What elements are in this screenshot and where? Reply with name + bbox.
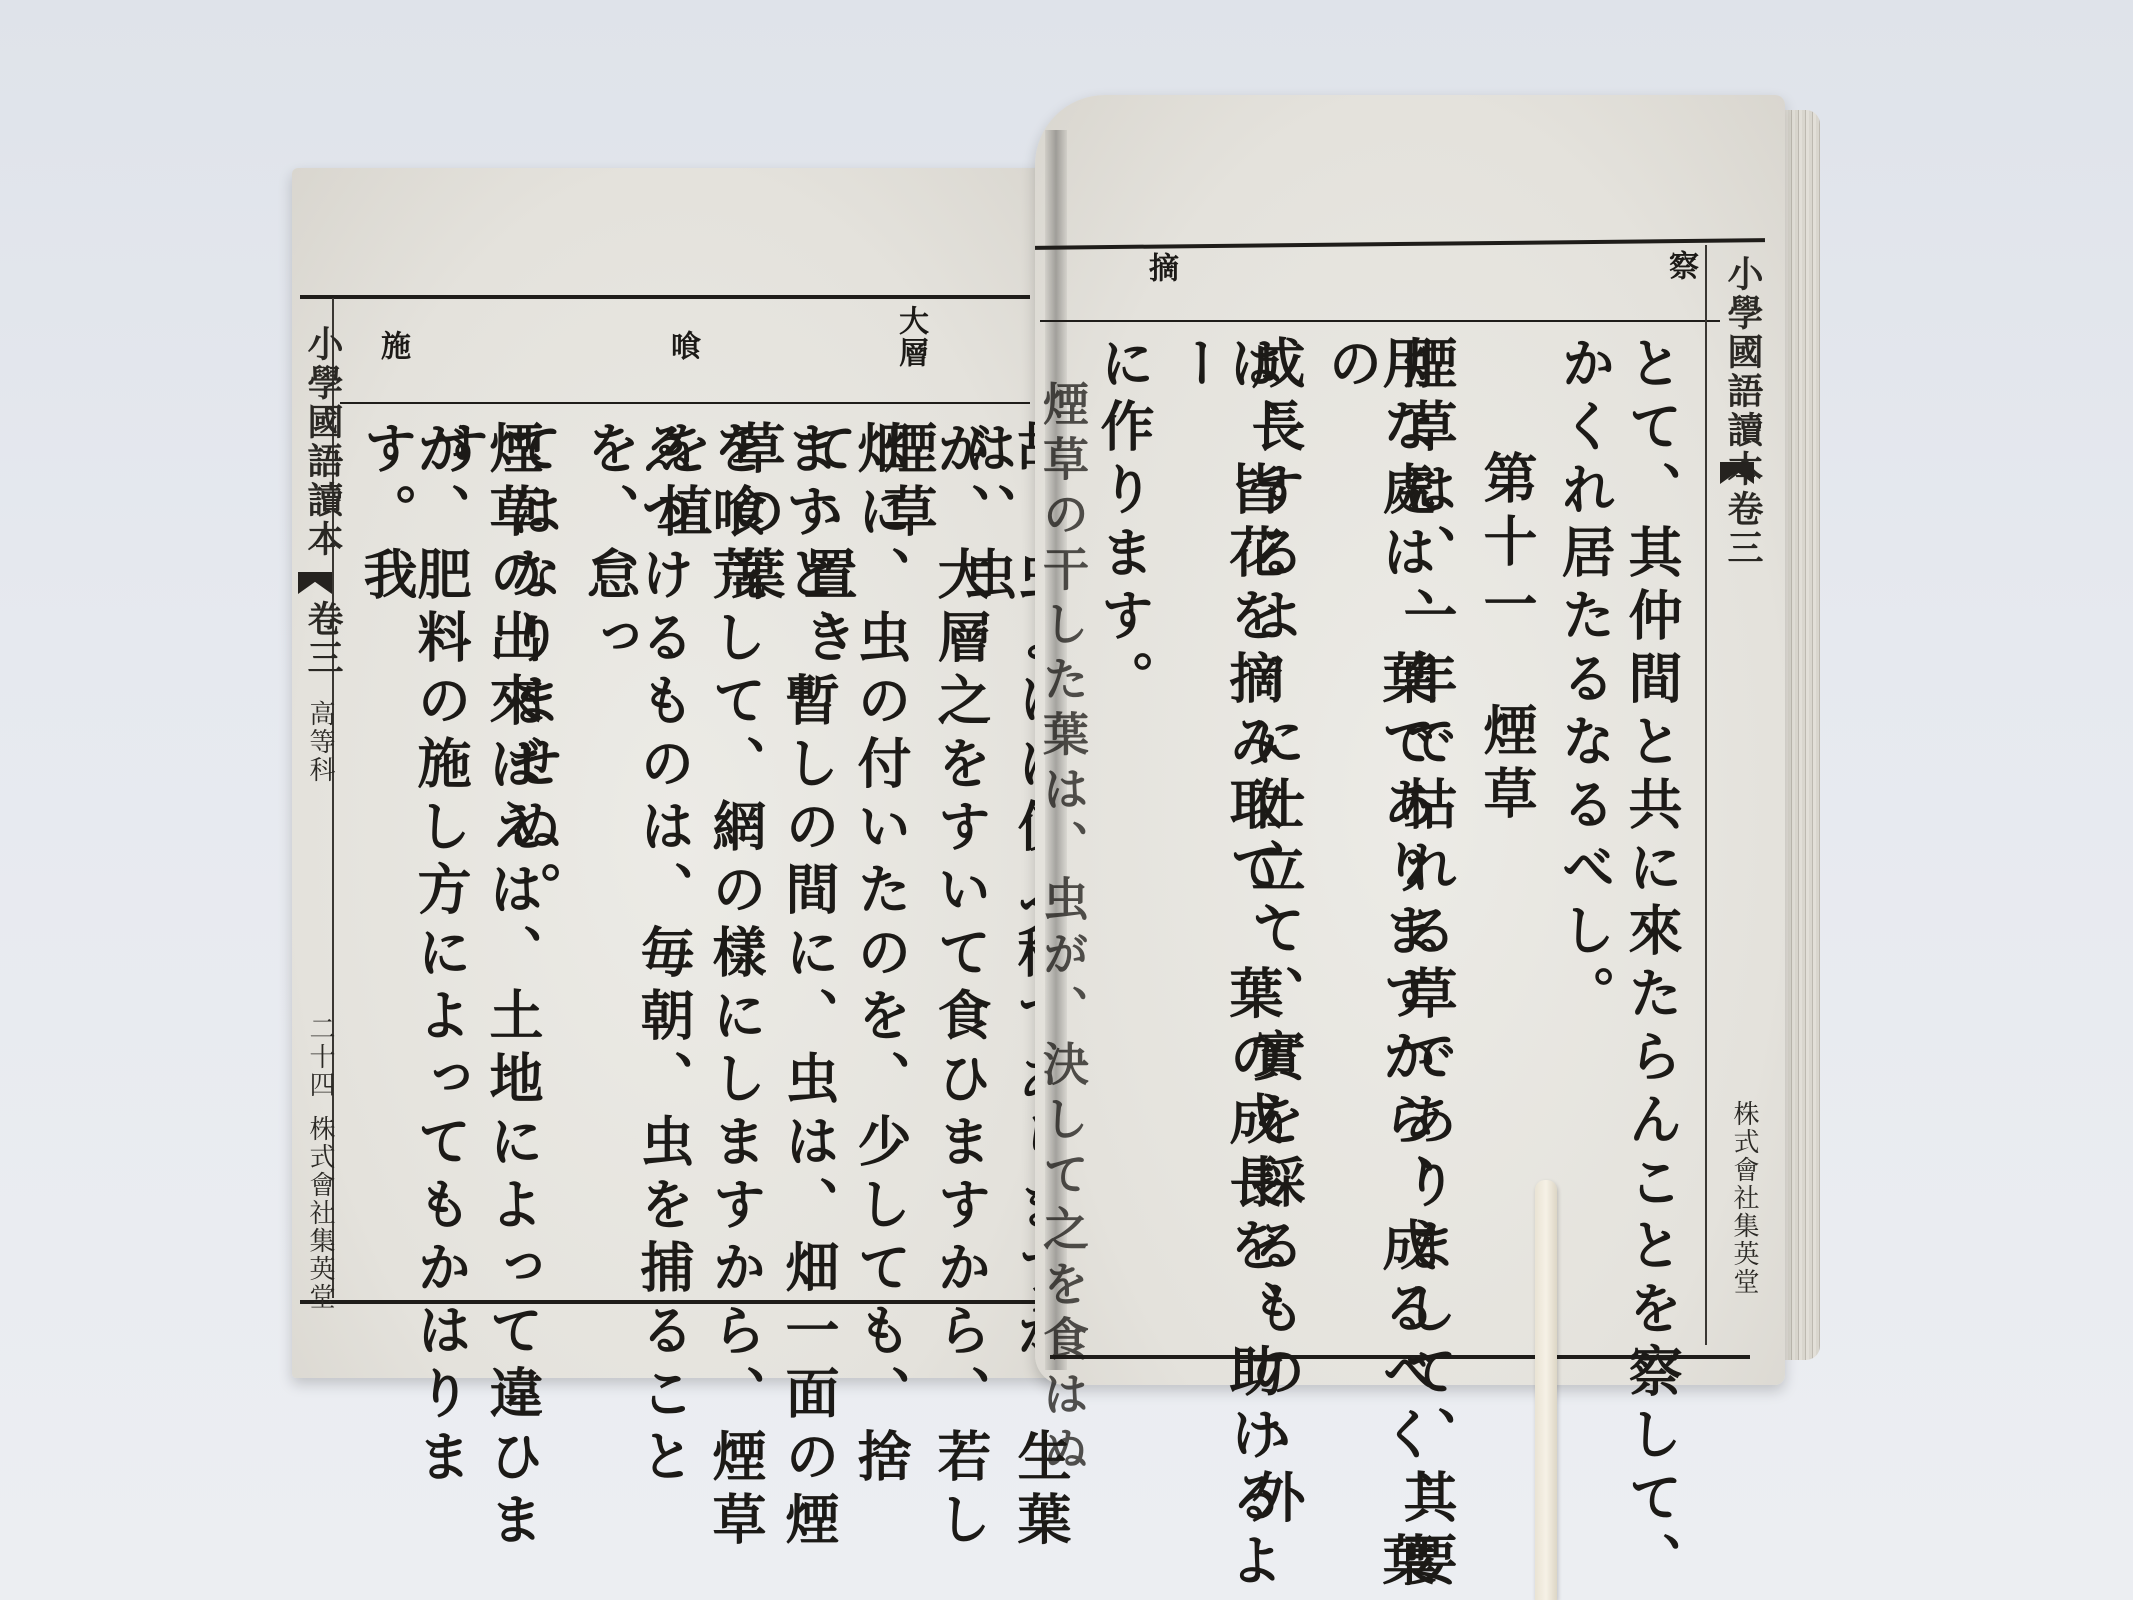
right-col-7: は、皆花を摘み取て、葉の成長を、助けるよー	[1172, 335, 1280, 1600]
left-top-rule	[300, 295, 1030, 299]
publisher-label: 株式會社集英堂	[302, 1115, 339, 1311]
book-title: 小學國語讀本	[298, 325, 349, 559]
right-col-8: に作ります。	[1097, 335, 1151, 713]
gloss-hodokosu: 施	[370, 330, 414, 362]
bone-bookmark[interactable]	[1535, 1180, 1557, 1600]
publisher-label-right: 株式會社集英堂	[1726, 1100, 1763, 1296]
volume-label-right: 卷三	[1718, 490, 1769, 568]
right-col-5: 用な處は、葉でありますから、成るべく、葉の	[1325, 335, 1433, 1600]
right-col-2: かくれ居たるなるべし。	[1558, 335, 1612, 1028]
lesson-heading: 第十一 煙草	[1480, 450, 1534, 828]
left-col-9: が、肥料の施し方によってもかはります。我	[360, 420, 468, 1600]
open-book: 大層 喰 施 小學國語讀本 卷三 高等科 二十四 株式會社集英堂 故、虫よけに使…	[0, 0, 2133, 1600]
left-col-6: ゑつけるものは、毎朝、虫を捕ることを、怠っ	[583, 420, 691, 1600]
right-col-1: とて、其仲間と共に來たらんことを察して、	[1625, 335, 1679, 1595]
gloss-tsumu: 摘	[1138, 252, 1182, 284]
right-header-rule	[1040, 320, 1720, 322]
gloss-sassu: 察	[1658, 250, 1702, 282]
book-title-right: 小學國語讀本	[1718, 255, 1769, 489]
gloss-kurau: 喰	[660, 330, 704, 362]
right-col-9-spine: 煙草の干した葉は、虫が、決して之を食はぬ	[1040, 380, 1086, 1480]
gloss-taiso: 大層	[888, 305, 932, 369]
left-header-rule	[340, 402, 1030, 404]
right-margin-rule	[1705, 245, 1707, 1345]
page-number: 二十四	[302, 1015, 339, 1099]
level-label: 高等科	[302, 700, 339, 784]
volume-label: 卷三	[298, 600, 349, 678]
